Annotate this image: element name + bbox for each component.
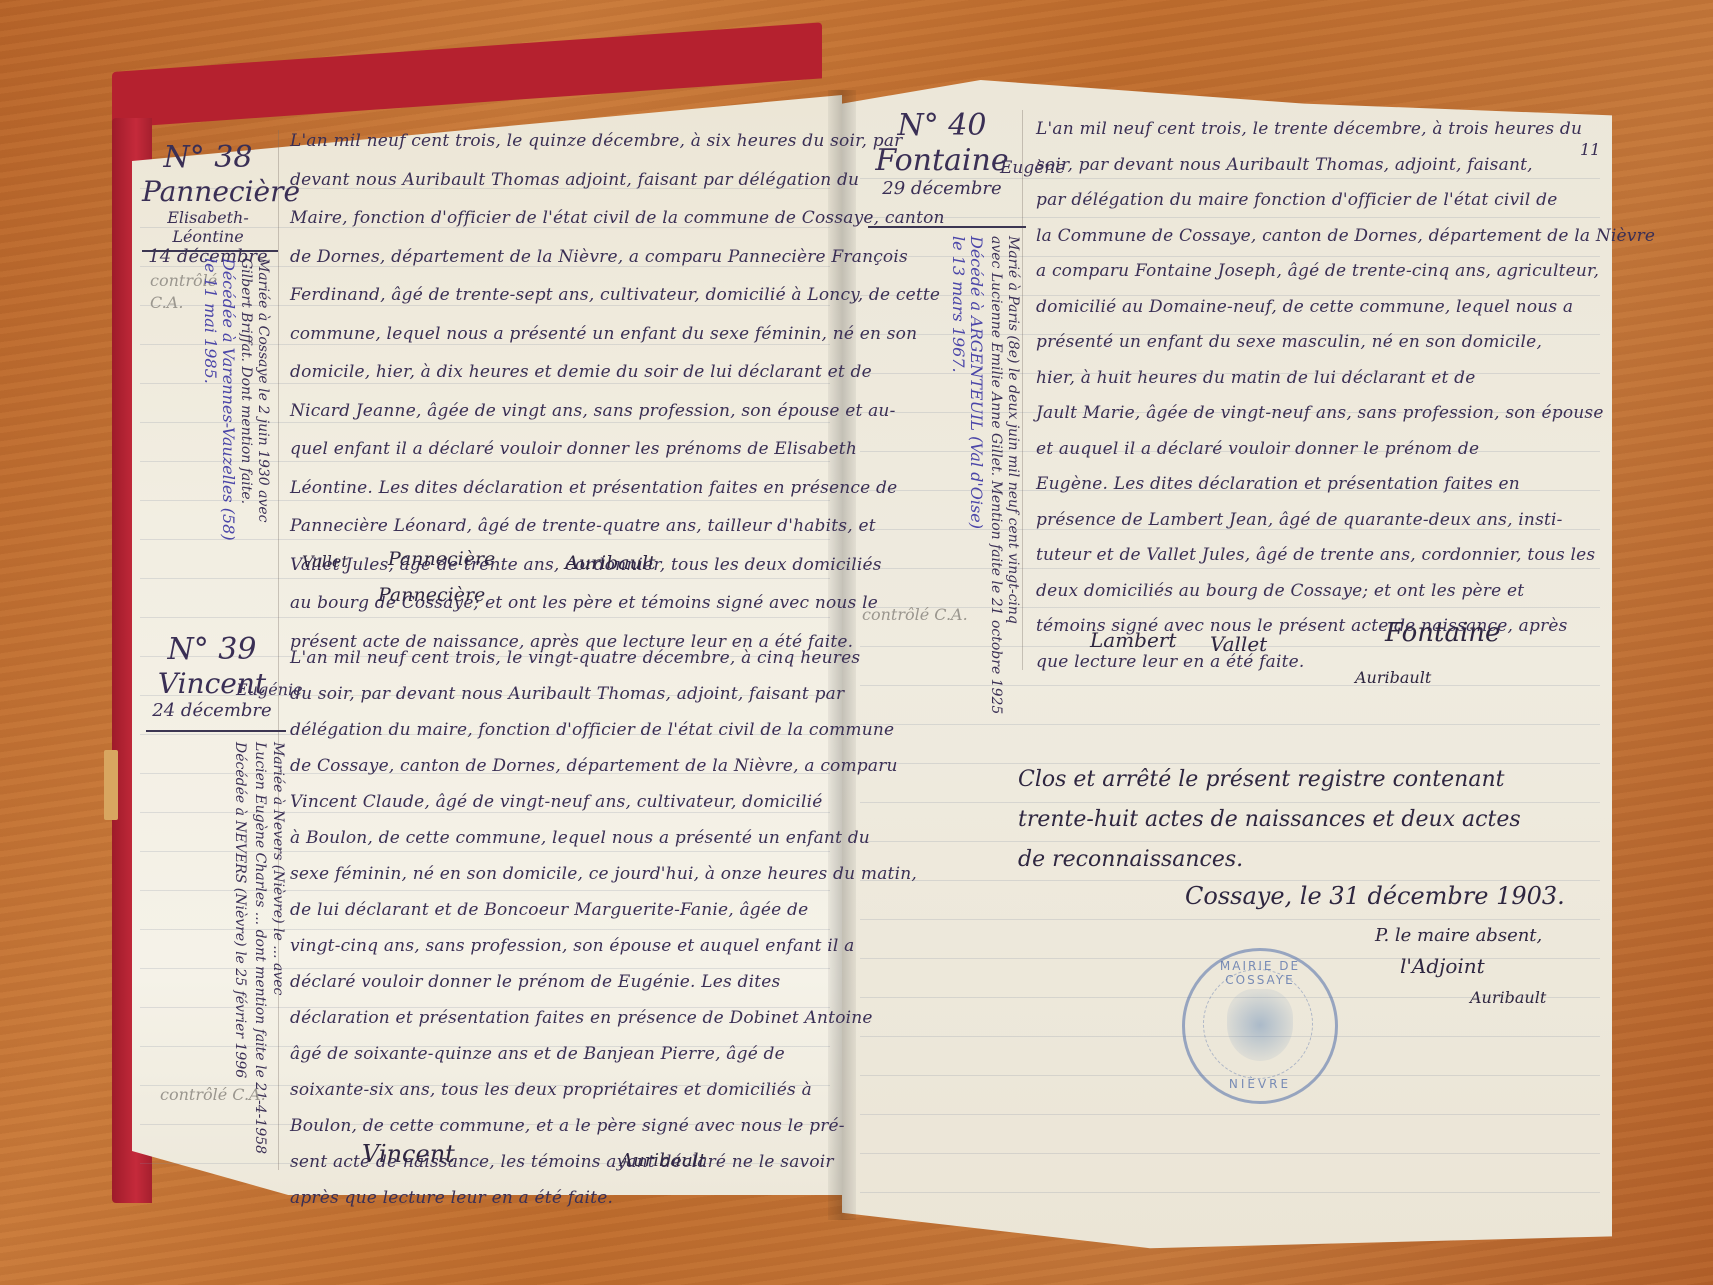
closing-signatory-2: l'Adjoint <box>1400 946 1485 986</box>
signature-vallet: Vallet <box>302 552 348 571</box>
body-line: Nicard Jeanne, âgée de vingt ans, sans p… <box>290 392 830 431</box>
pencil-control-note: contrôlé C.A. <box>862 605 968 624</box>
signature-witness-vallet: Vallet <box>1210 632 1267 656</box>
marriage-annotation: Gilbert Briffat. Dont mention faite. <box>238 258 254 618</box>
body-line: et auquel il a déclaré vouloir donner le… <box>1036 432 1606 468</box>
margin-divider <box>146 730 286 732</box>
body-line: Ferdinand, âgé de trente-sept ans, culti… <box>290 276 830 315</box>
closing-line: trente-huit actes de naissances et deux … <box>1018 800 1521 840</box>
body-line: soir, par devant nous Auribault Thomas, … <box>1036 148 1606 184</box>
body-line: la Commune de Cossaye, canton de Dornes,… <box>1036 219 1606 255</box>
pencil-control-note: contrôlé C.A. <box>160 1085 266 1104</box>
stamp-top-text: MAIRIE DE COSSAYE <box>1185 959 1335 987</box>
body-line: devant nous Auribault Thomas adjoint, fa… <box>290 161 830 200</box>
body-line: L'an mil neuf cent trois, le trente déce… <box>1036 112 1606 148</box>
body-line: du soir, par devant nous Auribault Thoma… <box>290 676 830 712</box>
entry-date: 24 décembre <box>142 700 282 721</box>
entry-38-body: L'an mil neuf cent trois, le quinze déce… <box>290 122 830 661</box>
body-line: de Dornes, département de la Nièvre, a c… <box>290 238 830 277</box>
body-line: L'an mil neuf cent trois, le quinze déce… <box>290 122 830 161</box>
mairie-stamp: MAIRIE DE COSSAYE NIÈVRE <box>1182 948 1338 1104</box>
closing-text: Clos et arrêté le présent registre conte… <box>1018 760 1521 880</box>
closing-line: de reconnaissances. <box>1018 840 1521 880</box>
body-line: âgé de soixante-quinze ans et de Banjean… <box>290 1036 830 1072</box>
body-line: hier, à huit heures du matin de lui décl… <box>1036 361 1606 397</box>
signature-witness-lambert: Lambert <box>1090 628 1176 652</box>
body-line: à Boulon, de cette commune, lequel nous … <box>290 820 830 856</box>
body-line: Vallet Jules, âgé de trente ans, cordonn… <box>290 546 830 585</box>
entry-number: N° 39 <box>142 632 282 667</box>
margin-divider <box>868 226 1026 228</box>
body-line: de lui déclarant et de Boncoeur Margueri… <box>290 892 830 928</box>
signature-father: Pannecière <box>388 548 495 570</box>
body-line: par délégation du maire fonction d'offic… <box>1036 183 1606 219</box>
closing-line: Clos et arrêté le présent registre conte… <box>1018 760 1521 800</box>
entry-date: 29 décembre <box>862 178 1022 199</box>
body-line: après que lecture leur en a été faite. <box>290 1180 830 1216</box>
body-line: au bourg de Cossaye; et ont les père et … <box>290 584 830 623</box>
signature-officer: Auribault <box>620 1150 706 1171</box>
body-line: délégation du maire, fonction d'officier… <box>290 712 830 748</box>
body-line: Maire, fonction d'officier de l'état civ… <box>290 199 830 238</box>
body-line: L'an mil neuf cent trois, le vingt-quatr… <box>290 640 830 676</box>
right-margin-line <box>1022 110 1023 670</box>
page-corner-mark: 11 <box>1580 140 1600 159</box>
body-line: présenté un enfant du sexe masculin, né … <box>1036 325 1606 361</box>
body-line: vingt-cinq ans, sans profession, son épo… <box>290 928 830 964</box>
page-tab <box>104 750 118 820</box>
body-line: présence de Lambert Jean, âgé de quarant… <box>1036 503 1606 539</box>
marriage-annotation: Lucien Eugène Charles ... dont mention f… <box>252 742 268 1182</box>
signature-officer: Auribault <box>565 552 656 574</box>
stamp-eagle-emblem-icon <box>1227 989 1293 1061</box>
entry-38-margin: N° 38 Pannecière Elisabeth-Léontine 14 d… <box>142 140 274 267</box>
body-line: domicilié au Domaine-neuf, de cette comm… <box>1036 290 1606 326</box>
body-line: Pannecière Léonard, âgé de trente-quatre… <box>290 507 830 546</box>
signature-father: Vincent <box>362 1140 455 1168</box>
marriage-annotation: avec Lucienne Emilie Anne Gillet. Mentio… <box>988 236 1004 676</box>
entry-number: N° 38 <box>142 140 274 175</box>
marriage-annotation: Mariée à Nevers (Nièvre) le ... avec <box>270 742 286 1182</box>
death-annotation: Décédé à ARGENTEUIL (Val d'Oise) <box>968 236 984 676</box>
body-line: quel enfant il a déclaré vouloir donner … <box>290 430 830 469</box>
body-line: Eugène. Les dites déclaration et présent… <box>1036 467 1606 503</box>
signature-officer: Auribault <box>1355 668 1431 687</box>
entry-40-margin: N° 40 Fontaine 29 décembre <box>862 108 1022 199</box>
marriage-annotation: Marié à Paris (8e) le deux juin mil neuf… <box>1005 236 1021 676</box>
body-line: Boulon, de cette commune, et a le père s… <box>290 1108 830 1144</box>
death-annotation: le 11 mai 1985. <box>202 258 218 618</box>
closing-place-date: Cossaye, le 31 décembre 1903. <box>1185 876 1565 916</box>
body-line: soixante-six ans, tous les deux propriét… <box>290 1072 830 1108</box>
entry-40-body: L'an mil neuf cent trois, le trente déce… <box>1036 112 1606 680</box>
body-line: deux domiciliés au bourg de Cossaye; et … <box>1036 574 1606 610</box>
body-line: tuteur et de Vallet Jules, âgé de trente… <box>1036 538 1606 574</box>
entry-39-body: L'an mil neuf cent trois, le vingt-quatr… <box>290 640 830 1216</box>
body-line: commune, lequel nous a présenté un enfan… <box>290 315 830 354</box>
signature-father: Fontaine <box>1385 618 1500 648</box>
entry-39-margin: N° 39 Vincent 24 décembre <box>142 632 282 721</box>
closing-signature: Auribault <box>1470 988 1546 1007</box>
body-line: domicile, hier, à dix heures et demie du… <box>290 353 830 392</box>
body-line: déclaration et présentation faites en pr… <box>290 1000 830 1036</box>
body-line: déclaré vouloir donner le prénom de Eugé… <box>290 964 830 1000</box>
entry-number: N° 40 <box>862 108 1022 143</box>
signature-witness: Pannecière <box>378 584 485 606</box>
body-line: sexe féminin, né en son domicile, ce jou… <box>290 856 830 892</box>
stamp-bottom-text: NIÈVRE <box>1185 1077 1335 1091</box>
entry-given-names: Elisabeth-Léontine <box>142 208 274 246</box>
body-line: Vincent Claude, âgé de vingt-neuf ans, c… <box>290 784 830 820</box>
body-line: a comparu Fontaine Joseph, âgé de trente… <box>1036 254 1606 290</box>
margin-divider <box>142 250 278 252</box>
death-annotation: Décédée à NEVERS (Nièvre) le 25 février … <box>232 742 248 1182</box>
entry-surname: Pannecière <box>142 175 274 208</box>
body-line: de Cossaye, canton de Dornes, départemen… <box>290 748 830 784</box>
marriage-annotation: Mariée à Cossaye le 2 juin 1930 avec <box>255 258 271 618</box>
death-annotation: Décédée à Varennes-Vauzelles (58) <box>220 258 236 618</box>
body-line: Jault Marie, âgée de vingt-neuf ans, san… <box>1036 396 1606 432</box>
entry-surname: Fontaine <box>862 143 1022 178</box>
body-line: Léontine. Les dites déclaration et prése… <box>290 469 830 508</box>
